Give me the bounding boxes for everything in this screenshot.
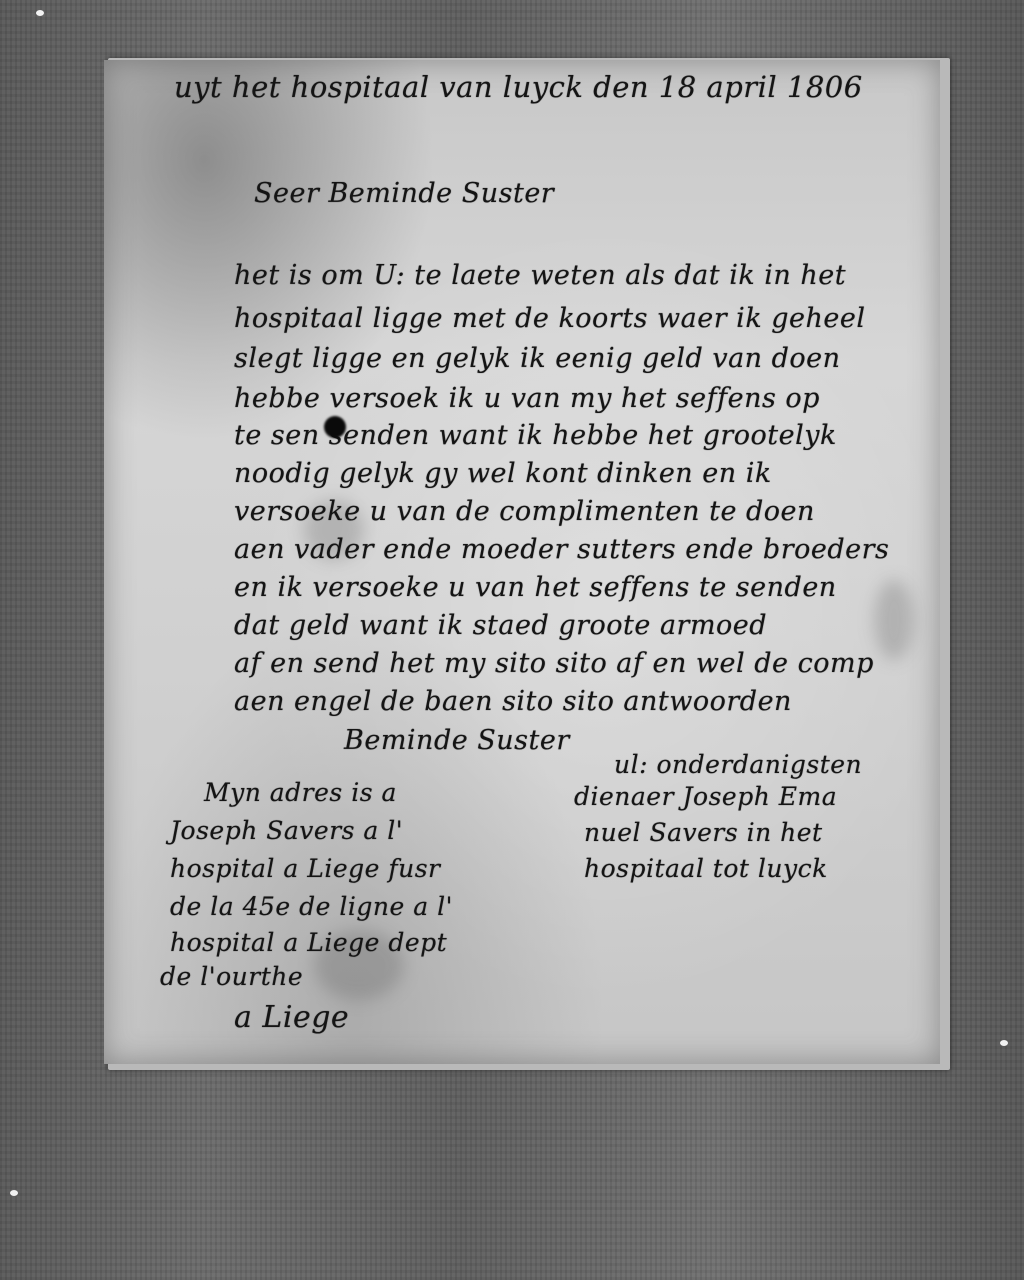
scan-speck (1000, 1040, 1008, 1046)
letter-page: uyt het hospitaal van luyck den 18 april… (104, 60, 940, 1064)
body-line: aen vader ende moeder sutters ende broed… (234, 534, 889, 565)
address-line: hospital a Liege fusr (170, 854, 441, 883)
salutation: Seer Beminde Suster (254, 178, 554, 209)
address-line: de la 45e de ligne a l' (170, 892, 453, 921)
body-line: het is om U: te laete weten als dat ik i… (234, 260, 846, 291)
address-line: de l'ourthe (160, 962, 303, 991)
scan-speck (10, 1190, 18, 1196)
signature-line: hospitaal tot luyck (584, 854, 828, 883)
signature-line: nuel Savers in het (584, 818, 823, 847)
body-line: versoeke u van de complimenten te doen (234, 496, 815, 527)
closing: Beminde Suster (344, 725, 570, 756)
body-line: noodig gelyk gy wel kont dinken en ik (234, 458, 772, 489)
body-line: hebbe versoek ik u van my het seffens op (234, 383, 820, 414)
address-footer: a Liege (234, 1000, 349, 1035)
body-line: en ik versoeke u van het seffens te send… (234, 572, 837, 603)
letter-heading: uyt het hospitaal van luyck den 18 april… (174, 70, 863, 104)
signature-line: dienaer Joseph Ema (574, 782, 837, 811)
ink-blot (324, 416, 346, 438)
address-line: Myn adres is a (204, 778, 397, 807)
signature-line: ul: onderdanigsten (614, 750, 862, 779)
body-line: dat geld want ik staed groote armoed (234, 610, 767, 641)
body-line: aen engel de baen sito sito antwoorden (234, 686, 792, 717)
address-line: Joseph Savers a l' (170, 816, 403, 845)
scan-speck (36, 10, 44, 16)
address-line: hospital a Liege dept (170, 928, 447, 957)
body-line: slegt ligge en gelyk ik eenig geld van d… (234, 343, 841, 374)
stain (874, 580, 914, 660)
body-line: hospitaal ligge met de koorts waer ik ge… (234, 303, 866, 334)
body-line: af en send het my sito sito af en wel de… (234, 648, 874, 679)
